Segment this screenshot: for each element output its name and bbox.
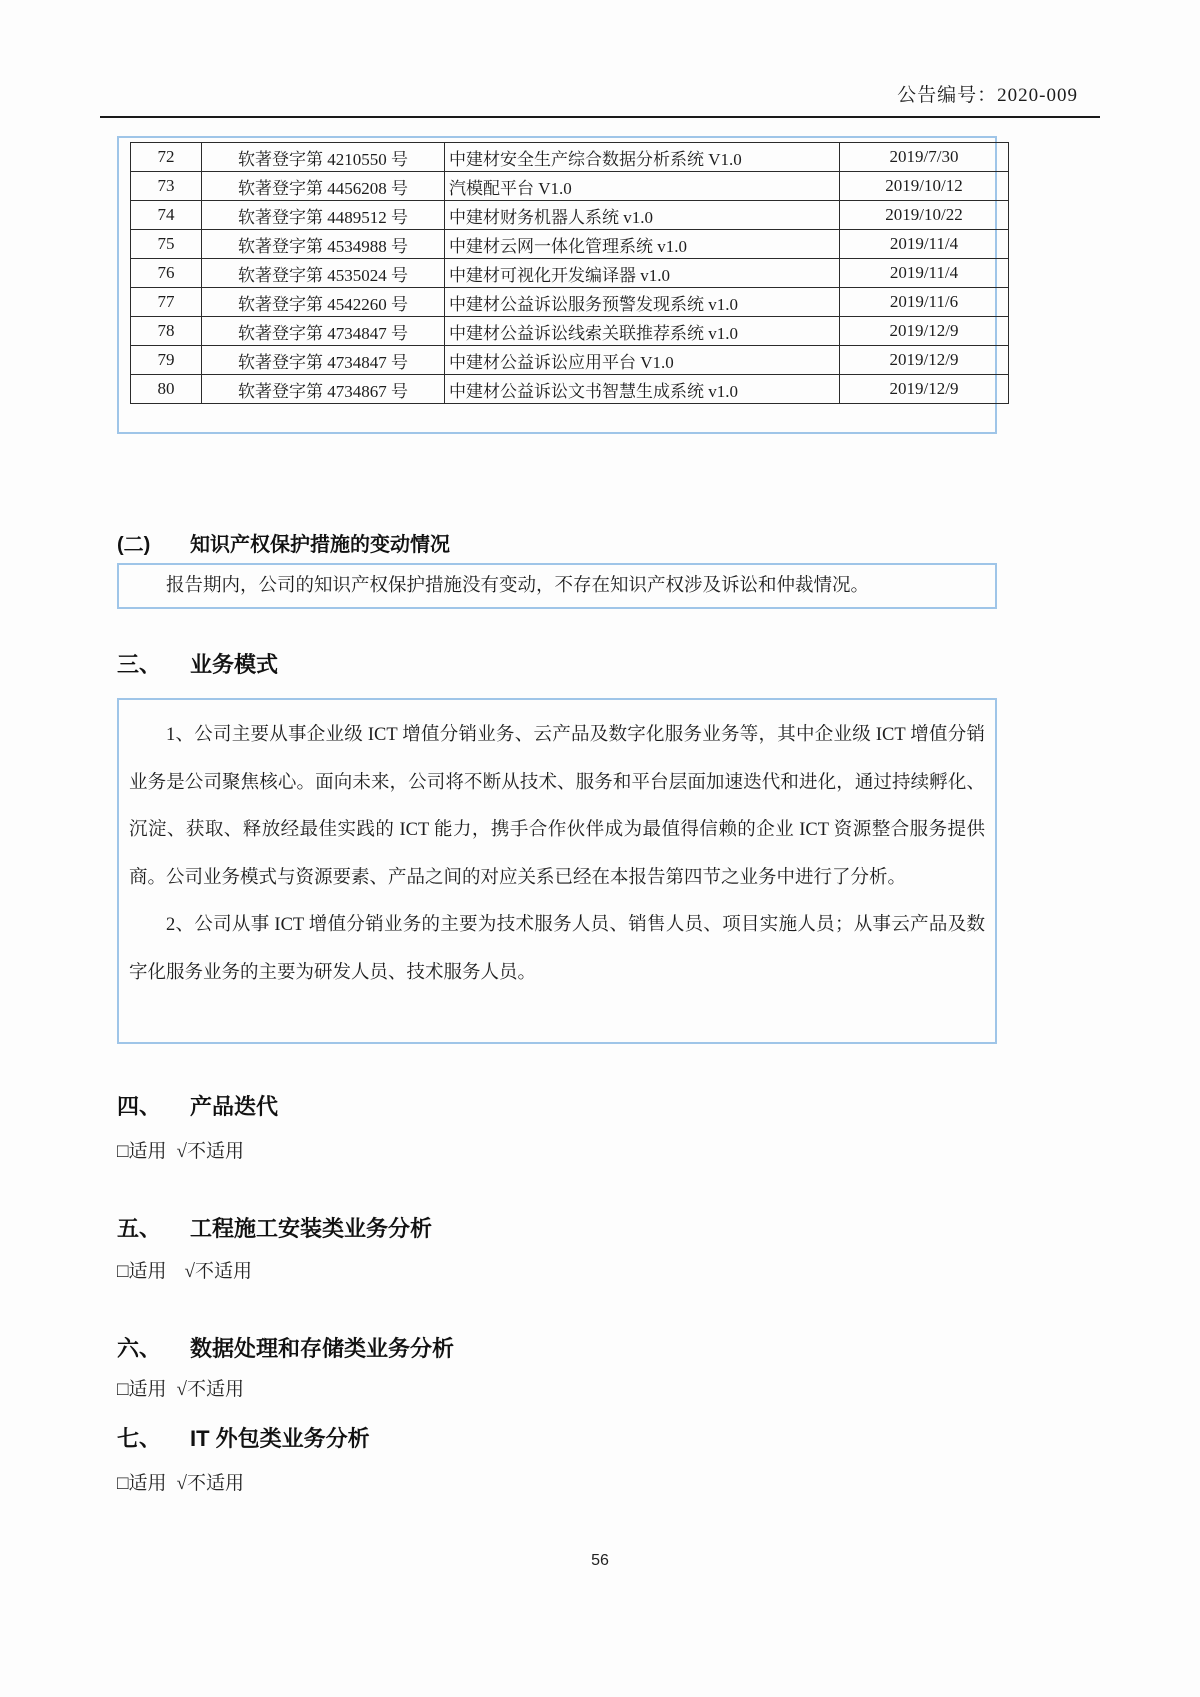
not-applicable-label: 不适用 <box>187 1379 244 1400</box>
cell-date: 2019/10/12 <box>840 172 1009 201</box>
cell-software-name: 中建材公益诉讼线索关联推荐系统 v1.0 <box>445 317 840 346</box>
not-applicable-label: 不适用 <box>187 1141 244 1162</box>
cell-registration-no: 软著登字第 4535024 号 <box>202 259 445 288</box>
applicable-label: 适用 <box>128 1141 166 1162</box>
section-4-applicability: □适用√不适用 <box>117 1136 244 1163</box>
checkbox-icon: □ <box>117 1379 128 1400</box>
section-5-applicability: □适用√不适用 <box>117 1256 252 1283</box>
cell-index: 79 <box>131 346 202 375</box>
section-3-paragraph-1: 1、公司主要从事企业级 ICT 增值分销业务、云产品及数字化服务业务等，其中企业… <box>129 712 985 902</box>
table-row: 80 软著登字第 4734867 号 中建材公益诉讼文书智慧生成系统 v1.0 … <box>131 375 1009 404</box>
section-3-body-box: 1、公司主要从事企业级 ICT 增值分销业务、云产品及数字化服务业务等，其中企业… <box>117 698 997 1044</box>
check-icon: √ <box>185 1261 195 1282</box>
cell-registration-no: 软著登字第 4734847 号 <box>202 346 445 375</box>
table-row: 75 软著登字第 4534988 号 中建材云网一体化管理系统 v1.0 201… <box>131 230 1009 259</box>
section-6-title: 数据处理和存储类业务分析 <box>190 1336 454 1361</box>
announcement-number: 公告编号：2020-009 <box>897 80 1078 107</box>
page-number: 56 <box>0 1552 1200 1570</box>
cell-software-name: 中建材财务机器人系统 v1.0 <box>445 201 840 230</box>
table-row: 77 软著登字第 4542260 号 中建材公益诉讼服务预警发现系统 v1.0 … <box>131 288 1009 317</box>
section-2-number: (二) <box>117 528 190 557</box>
not-applicable-label: 不适用 <box>195 1261 252 1282</box>
cell-index: 72 <box>131 143 202 172</box>
section-7-applicability: □适用√不适用 <box>117 1468 244 1495</box>
section-7-title: IT 外包类业务分析 <box>190 1426 370 1451</box>
section-3-heading: 三、业务模式 <box>117 648 278 679</box>
cell-index: 77 <box>131 288 202 317</box>
document-page: 公告编号：2020-009 72 软著登字第 4210550 号 中建材安全生产… <box>0 0 1200 1697</box>
section-4-heading: 四、产品迭代 <box>117 1090 278 1121</box>
section-4-title: 产品迭代 <box>190 1094 278 1119</box>
table-row: 76 软著登字第 4535024 号 中建材可视化开发编译器 v1.0 2019… <box>131 259 1009 288</box>
check-icon: √ <box>177 1141 187 1162</box>
cell-software-name: 中建材公益诉讼服务预警发现系统 v1.0 <box>445 288 840 317</box>
cell-registration-no: 软著登字第 4542260 号 <box>202 288 445 317</box>
cell-software-name: 中建材公益诉讼文书智慧生成系统 v1.0 <box>445 375 840 404</box>
checkbox-icon: □ <box>117 1473 128 1494</box>
section-3-number: 三、 <box>117 648 190 679</box>
cell-date: 2019/11/6 <box>840 288 1009 317</box>
applicable-label: 适用 <box>128 1379 166 1400</box>
section-6-number: 六、 <box>117 1332 190 1363</box>
table-row: 73 软著登字第 4456208 号 汽模配平台 V1.0 2019/10/12 <box>131 172 1009 201</box>
cell-registration-no: 软著登字第 4456208 号 <box>202 172 445 201</box>
cell-software-name: 中建材公益诉讼应用平台 V1.0 <box>445 346 840 375</box>
cell-date: 2019/10/22 <box>840 201 1009 230</box>
check-icon: √ <box>177 1379 187 1400</box>
section-2-body-box: 报告期内，公司的知识产权保护措施没有变动，不存在知识产权涉及诉讼和仲裁情况。 <box>117 563 997 609</box>
cell-date: 2019/11/4 <box>840 259 1009 288</box>
cell-date: 2019/7/30 <box>840 143 1009 172</box>
cell-software-name: 汽模配平台 V1.0 <box>445 172 840 201</box>
section-5-title: 工程施工安装类业务分析 <box>190 1216 432 1241</box>
software-copyright-table: 72 软著登字第 4210550 号 中建材安全生产综合数据分析系统 V1.0 … <box>130 142 1009 404</box>
cell-software-name: 中建材云网一体化管理系统 v1.0 <box>445 230 840 259</box>
cell-registration-no: 软著登字第 4534988 号 <box>202 230 445 259</box>
cell-index: 80 <box>131 375 202 404</box>
cell-index: 73 <box>131 172 202 201</box>
applicable-label: 适用 <box>128 1261 166 1282</box>
cell-date: 2019/12/9 <box>840 346 1009 375</box>
cell-index: 76 <box>131 259 202 288</box>
section-5-heading: 五、工程施工安装类业务分析 <box>117 1212 432 1243</box>
cell-registration-no: 软著登字第 4489512 号 <box>202 201 445 230</box>
section-7-heading: 七、IT 外包类业务分析 <box>117 1422 370 1453</box>
cell-index: 74 <box>131 201 202 230</box>
section-2-heading: (二)知识产权保护措施的变动情况 <box>117 528 450 557</box>
section-2-body: 报告期内，公司的知识产权保护措施没有变动，不存在知识产权涉及诉讼和仲裁情况。 <box>129 565 985 607</box>
check-icon: √ <box>177 1473 187 1494</box>
cell-registration-no: 软著登字第 4734847 号 <box>202 317 445 346</box>
section-2-title: 知识产权保护措施的变动情况 <box>190 534 450 556</box>
section-5-number: 五、 <box>117 1212 190 1243</box>
section-3-title: 业务模式 <box>190 652 278 677</box>
table-row: 74 软著登字第 4489512 号 中建材财务机器人系统 v1.0 2019/… <box>131 201 1009 230</box>
header-divider <box>100 116 1100 118</box>
cell-date: 2019/12/9 <box>840 317 1009 346</box>
checkbox-icon: □ <box>117 1141 128 1162</box>
cell-index: 75 <box>131 230 202 259</box>
section-7-number: 七、 <box>117 1422 190 1453</box>
cell-registration-no: 软著登字第 4734867 号 <box>202 375 445 404</box>
checkbox-icon: □ <box>117 1261 128 1282</box>
cell-software-name: 中建材可视化开发编译器 v1.0 <box>445 259 840 288</box>
section-4-number: 四、 <box>117 1090 190 1121</box>
cell-date: 2019/12/9 <box>840 375 1009 404</box>
cell-registration-no: 软著登字第 4210550 号 <box>202 143 445 172</box>
cell-software-name: 中建材安全生产综合数据分析系统 V1.0 <box>445 143 840 172</box>
not-applicable-label: 不适用 <box>187 1473 244 1494</box>
cell-date: 2019/11/4 <box>840 230 1009 259</box>
table-row: 78 软著登字第 4734847 号 中建材公益诉讼线索关联推荐系统 v1.0 … <box>131 317 1009 346</box>
cell-index: 78 <box>131 317 202 346</box>
section-3-paragraph-2: 2、公司从事 ICT 增值分销业务的主要为技术服务人员、销售人员、项目实施人员；… <box>129 902 985 997</box>
table-row: 79 软著登字第 4734847 号 中建材公益诉讼应用平台 V1.0 2019… <box>131 346 1009 375</box>
section-6-applicability: □适用√不适用 <box>117 1374 244 1401</box>
table-row: 72 软著登字第 4210550 号 中建材安全生产综合数据分析系统 V1.0 … <box>131 143 1009 172</box>
copyright-table-container: 72 软著登字第 4210550 号 中建材安全生产综合数据分析系统 V1.0 … <box>117 136 997 434</box>
applicable-label: 适用 <box>128 1473 166 1494</box>
section-6-heading: 六、数据处理和存储类业务分析 <box>117 1332 454 1363</box>
